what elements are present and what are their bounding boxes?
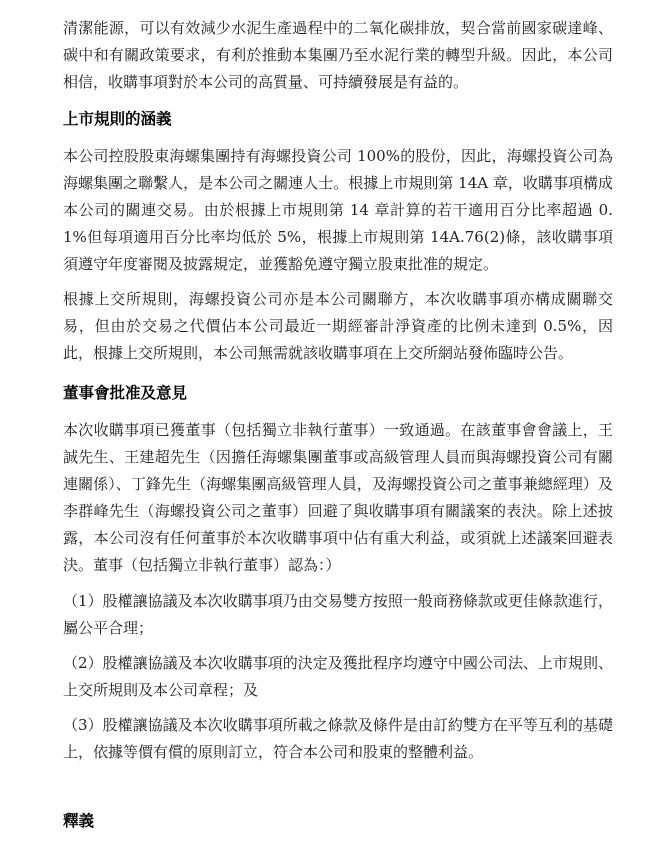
section-heading-listing-rules-implications: 上市規則的涵義: [63, 106, 613, 133]
announcement-page: 清潔能源，可以有效減少水泥生產過程中的二氧化碳排放，契合當前國家碳達峰、碳中和有…: [0, 0, 671, 841]
numbered-item-1: （1）股權讓協議及本次收購事項乃由交易雙方按照一般商務條款或更佳條款進行，屬公平…: [63, 588, 613, 642]
paragraph-board-approval: 本次收購事項已獲董事（包括獨立非執行董事）一致通過。在該董事會會議上，王誠先生、…: [63, 417, 613, 579]
paragraph-sse-rules: 根據上交所規則，海螺投資公司亦是本公司關聯方，本次收購事項亦構成關聯交易，但由於…: [63, 286, 613, 367]
paragraph-connected-transaction-listing-rules: 本公司控股股東海螺集團持有海螺投資公司 100%的股份，因此，海螺投資公司為海螺…: [63, 143, 613, 278]
paragraph-clean-energy-benefits: 清潔能源，可以有效減少水泥生產過程中的二氧化碳排放，契合當前國家碳達峰、碳中和有…: [63, 15, 613, 96]
section-heading-board-approval-and-opinion: 董事會批准及意見: [63, 380, 613, 407]
numbered-item-2: （2）股權讓協議及本次收購事項的決定及獲批程序均遵守中國公司法、上市規則、上交所…: [63, 650, 613, 704]
section-heading-definitions: 釋義: [63, 808, 613, 835]
numbered-item-3: （3）股權讓協議及本次收購事項所載之條款及條件是由訂約雙方在平等互利的基礎上，依…: [63, 712, 613, 766]
